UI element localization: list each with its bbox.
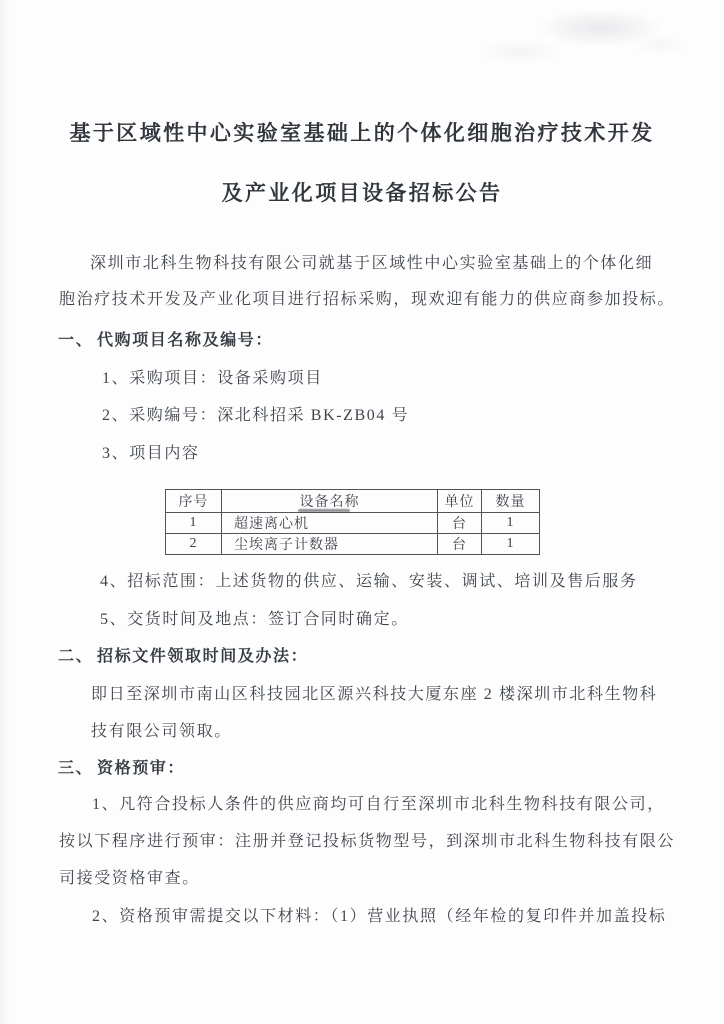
document-page: 基于区域性中心实验室基础上的个体化细胞治疗技术开发 及产业化项目设备招标公告 深… <box>0 0 724 1024</box>
intro-paragraph-line-1: 深圳市北科生物科技有限公司就基于区域性中心实验室基础上的个体化细 <box>90 253 653 275</box>
section-3-number: 三、 <box>58 758 93 780</box>
column-header-qty: 数量 <box>482 490 540 513</box>
section-2-number: 二、 <box>58 646 93 668</box>
section-1-item-3: 3、项目内容 <box>102 443 200 465</box>
section-3-para-1-line-3: 司接受资格审查。 <box>59 868 200 890</box>
cell-qty: 1 <box>482 534 540 555</box>
cell-seq: 2 <box>166 534 222 555</box>
cell-device-name: 超速离心机 <box>222 513 438 534</box>
cell-unit: 台 <box>438 513 482 534</box>
table-row: 1 超速离心机 台 1 <box>166 513 540 534</box>
cell-device-name: 尘埃离子计数器 <box>222 534 438 555</box>
intro-paragraph-line-2: 胞治疗技术开发及产业化项目进行招标采购，现欢迎有能力的供应商参加投标。 <box>59 289 675 311</box>
document-title-line-2: 及产业化项目设备招标公告 <box>0 177 724 207</box>
section-1-item-5: 5、交货时间及地点：签订合同时确定。 <box>100 609 409 631</box>
cell-unit: 台 <box>438 534 482 555</box>
document-title-line-1: 基于区域性中心实验室基础上的个体化细胞治疗技术开发 <box>0 117 724 147</box>
section-1-item-4: 4、招标范围：上述货物的供应、运输、安装、调试、培训及售后服务 <box>100 571 638 593</box>
section-3-para-2-line-1: 2、资格预审需提交以下材料：（1）营业执照（经年检的复印件并加盖投标 <box>92 906 666 928</box>
section-2-body-line-1: 即日至深圳市南山区科技园北区源兴科技大厦东座 2 楼深圳市北科生物科 <box>91 684 657 706</box>
equipment-table-header-row: 序号 设备名称 单位 数量 <box>166 490 540 513</box>
section-1-item-2: 2、采购编号：深北科招采 BK-ZB04 号 <box>102 405 409 427</box>
section-3-heading: 资格预审： <box>97 758 185 780</box>
scan-smudge-artifact <box>298 509 350 512</box>
section-2-heading: 招标文件领取时间及办法： <box>97 646 308 668</box>
column-header-unit: 单位 <box>438 490 482 513</box>
section-1-heading: 代购项目名称及编号： <box>97 330 273 352</box>
section-1-number: 一、 <box>58 330 93 352</box>
table-row: 2 尘埃离子计数器 台 1 <box>166 534 540 555</box>
section-1-item-1: 1、采购项目：设备采购项目 <box>102 368 323 390</box>
section-3-para-1-line-2: 按以下程序进行预审：注册并登记投标货物型号，到深圳市北科生物科技有限公 <box>59 831 675 853</box>
column-header-seq: 序号 <box>166 490 222 513</box>
cell-seq: 1 <box>166 513 222 534</box>
equipment-table: 序号 设备名称 单位 数量 1 超速离心机 台 1 2 尘埃离子计数器 台 1 <box>165 489 540 555</box>
cell-qty: 1 <box>482 513 540 534</box>
section-2-body-line-2: 技有限公司领取。 <box>91 721 232 743</box>
section-3-para-1-line-1: 1、凡符合投标人条件的供应商均可自行至深圳市北科生物科技有限公司， <box>92 794 665 816</box>
